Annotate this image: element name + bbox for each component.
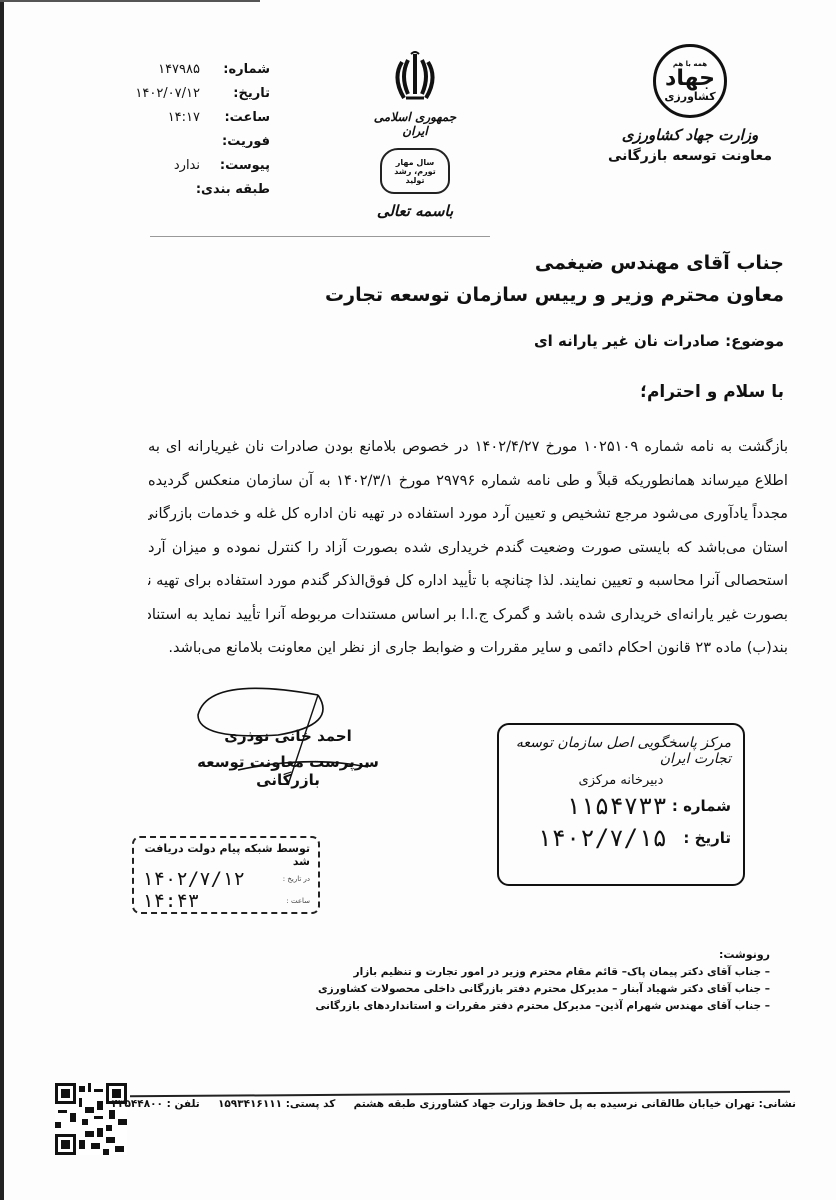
addressee-title: معاون محترم وزیر و رییس سازمان توسعه تجا… bbox=[224, 284, 784, 316]
addressee-name: جناب آقای مهندس ضیغمی bbox=[224, 252, 784, 284]
stamp-number-label: شماره : bbox=[667, 797, 731, 815]
header-divider bbox=[150, 236, 490, 237]
stamp-date-row: تاریخ : ۱۴۰۲/۷/۱۵ bbox=[511, 824, 731, 852]
stamp-number-row: شماره : ۱۱۵۴۷۳۳ bbox=[511, 792, 731, 820]
logo-main-text: جهاد bbox=[665, 68, 715, 90]
attachment-value: ندارد bbox=[174, 158, 208, 173]
network-date-label: در تاریخ : bbox=[276, 875, 310, 883]
network-time-value: ۱۴:۴۳ bbox=[142, 890, 276, 912]
country-name: جمهوری اسلامی ایران bbox=[370, 110, 460, 138]
meta-time: ساعت: ۱۴:۱۷ bbox=[70, 110, 270, 134]
signatory-title: سرپرست معاونت توسعه بازرگانی bbox=[178, 753, 398, 789]
addressee: جناب آقای مهندس ضیغمی معاون محترم وزیر و… bbox=[224, 252, 784, 316]
logo-sub-text: کشاورزی bbox=[664, 90, 715, 103]
letter-greeting: با سلام و احترام؛ bbox=[640, 382, 784, 402]
body-line: استان می‌باشد که بایستی صورت وضعیت گندم … bbox=[148, 531, 788, 565]
network-time-row: ساعت : ۱۴:۴۳ bbox=[142, 890, 310, 912]
footer-contact: نشانی: تهران خیابان طالقانی نرسیده به پل… bbox=[180, 1098, 796, 1110]
stamp-date-label: تاریخ : bbox=[667, 829, 731, 847]
cc-item: – جناب آقای دکتر پیمان پاک– قائم مقام مح… bbox=[350, 966, 770, 978]
body-line: اطلاع میرساند همانطوریکه قبلاً و طی نامه… bbox=[148, 464, 788, 498]
meta-number: شماره: ۱۴۷۹۸۵ bbox=[70, 62, 270, 86]
stamp-org: مرکز پاسخگویی اصل سازمان توسعه تجارت ایر… bbox=[511, 735, 731, 767]
number-value: ۱۴۷۹۸۵ bbox=[158, 62, 208, 77]
jihad-logo-icon: همه با هم جهاد کشاورزی bbox=[653, 44, 727, 118]
stamp-date-value: ۱۴۰۲/۷/۱۵ bbox=[537, 824, 667, 852]
secretariat-stamp: مرکز پاسخگویی اصل سازمان توسعه تجارت ایر… bbox=[497, 723, 745, 886]
footer-phone: تلفن : ۴۳۵۴۴۸۰۰ bbox=[112, 1098, 200, 1110]
footer-address: نشانی: تهران خیابان طالقانی نرسیده به پل… bbox=[354, 1098, 796, 1110]
iran-emblem-icon bbox=[392, 50, 438, 106]
stamp-number-value: ۱۱۵۴۷۳۳ bbox=[566, 792, 667, 820]
government-network-stamp: توسط شبکه پیام دولت دریافت شد در تاریخ :… bbox=[132, 836, 320, 914]
attachment-label: پیوست: bbox=[208, 158, 270, 173]
stamp-unit: دبیرخانه مرکزی bbox=[511, 773, 731, 788]
letter-body: بازگشت به نامه شماره ۱۰۲۵۱۰۹ مورخ ۱۴۰۲/۴… bbox=[148, 430, 788, 665]
iran-emblem-block: جمهوری اسلامی ایران سال مهار تورم، رشد ت… bbox=[370, 50, 460, 220]
footer-postal-code: کد پستی: ۱۵۹۳۴۱۶۱۱۱ bbox=[218, 1098, 335, 1110]
network-date-value: ۱۴۰۲/۷/۱۲ bbox=[142, 868, 276, 890]
letter-subject: موضوع: صادرات نان غیر یارانه ای bbox=[534, 332, 784, 350]
cc-item: – جناب آقای دکتر شهیاد آبنار – مدیرکل مح… bbox=[350, 983, 770, 995]
urgency-label: فوریت: bbox=[208, 134, 270, 149]
year-motto-text: سال مهار تورم، رشد تولید bbox=[382, 158, 448, 185]
cc-title: رونوشت: bbox=[350, 948, 770, 961]
network-date-row: در تاریخ : ۱۴۰۲/۷/۱۲ bbox=[142, 868, 310, 890]
ministry-header: همه با هم جهاد کشاورزی وزارت جهاد کشاورز… bbox=[600, 44, 780, 164]
body-line: بازگشت به نامه شماره ۱۰۲۵۱۰۹ مورخ ۱۴۰۲/۴… bbox=[148, 430, 788, 464]
cc-item: – جناب آقای مهندس شهرام آذین– مدیرکل محت… bbox=[350, 1000, 770, 1012]
body-line: مجدداً یادآوری می‌شود مرجع تشخیص و تعیین… bbox=[148, 497, 788, 531]
meta-classification: طبقه بندی: bbox=[70, 182, 270, 206]
meta-date: تاریخ: ۱۴۰۲/۰۷/۱۲ bbox=[70, 86, 270, 110]
year-motto-badge: سال مهار تورم، رشد تولید bbox=[380, 148, 450, 194]
scan-edge-left bbox=[0, 0, 4, 1200]
signatory-name: احمد خانی نوذری bbox=[178, 727, 398, 745]
network-stamp-title: توسط شبکه پیام دولت دریافت شد bbox=[142, 842, 310, 868]
number-label: شماره: bbox=[208, 62, 270, 77]
bismillah: باسمه تعالی bbox=[370, 202, 460, 220]
meta-urgency: فوریت: bbox=[70, 134, 270, 158]
body-line: استحصالی آنرا محاسبه و تعیین نمایند. لذا… bbox=[148, 564, 788, 598]
classification-label: طبقه بندی: bbox=[190, 182, 270, 197]
signature-block: احمد خانی نوذری سرپرست معاونت توسعه بازر… bbox=[178, 695, 398, 789]
deputy-name: معاونت توسعه بازرگانی bbox=[600, 148, 780, 164]
time-value: ۱۴:۱۷ bbox=[168, 110, 208, 125]
carbon-copy-list: رونوشت: – جناب آقای دکتر پیمان پاک– قائم… bbox=[350, 948, 770, 1012]
time-label: ساعت: bbox=[208, 110, 270, 125]
letter-meta: شماره: ۱۴۷۹۸۵ تاریخ: ۱۴۰۲/۰۷/۱۲ ساعت: ۱۴… bbox=[70, 62, 270, 206]
network-time-label: ساعت : bbox=[276, 897, 310, 905]
body-line: بصورت غیر یارانه‌ای خریداری شده باشد و گ… bbox=[148, 598, 788, 632]
body-line: بند(ب) ماده ۲۳ قانون احکام دائمی و سایر … bbox=[148, 631, 788, 665]
date-value: ۱۴۰۲/۰۷/۱۲ bbox=[135, 86, 208, 101]
date-label: تاریخ: bbox=[208, 86, 270, 101]
ministry-name: وزارت جهاد کشاورزی bbox=[600, 126, 780, 144]
meta-attachment: پیوست: ندارد bbox=[70, 158, 270, 182]
footer-divider bbox=[130, 1091, 790, 1098]
letter-page: شماره: ۱۴۷۹۸۵ تاریخ: ۱۴۰۲/۰۷/۱۲ ساعت: ۱۴… bbox=[0, 0, 836, 1200]
qr-code-icon bbox=[55, 1083, 127, 1155]
scan-edge-top bbox=[0, 0, 260, 2]
